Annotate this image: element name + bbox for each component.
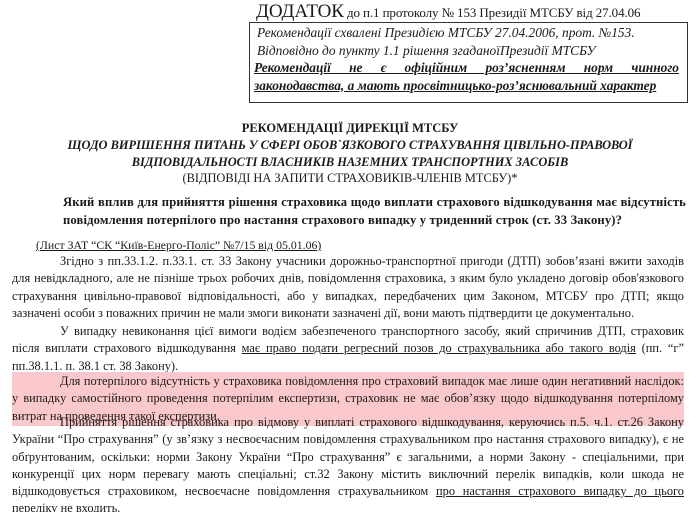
document-subtitle-line3: (ВІДПОВІДІ НА ЗАПИТИ СТРАХОВИКІВ-ЧЛЕНІВ … [0, 171, 700, 186]
question-text: Який вплив для прийняття рішення страхов… [63, 194, 686, 229]
addendum-protocol-ref: до п.1 протоколу № 153 Президії МТСБУ ві… [344, 5, 641, 20]
paragraph-regress-right: У випадку невиконання цієї вимоги водієм… [12, 323, 684, 375]
addendum-word: ДОДАТОК [256, 1, 344, 22]
decision-reference-line: Відповідно до пункту 1.1 рішення згадано… [257, 42, 679, 60]
source-letter-reference: (Лист ЗАТ “СК “Київ-Енерго-Поліс” №7/15 … [36, 238, 321, 253]
addendum-header: ДОДАТОК до п.1 протоколу № 153 Президії … [256, 1, 640, 23]
paragraph-law-requirement: Згідно з пп.33.1.2. п.33.1. ст. 33 Закон… [12, 253, 684, 322]
approval-line: Рекомендації схвалені Президією МТСБУ 27… [257, 24, 679, 42]
paragraph-refusal-unfounded: Прийняття рішення страховика про відмову… [12, 414, 684, 512]
document-subtitle-line1: ЩОДО ВИРІШЕННЯ ПИТАНЬ У СФЕРІ ОБОВ`ЯЗКОВ… [0, 138, 700, 153]
recommendation-approval-box: Рекомендації схвалені Президією МТСБУ 27… [249, 22, 688, 103]
underlined-text: має право подати регресний позов до стра… [242, 341, 636, 355]
paragraph-text: Згідно з пп.33.1.2. п.33.1. ст. 33 Закон… [12, 254, 684, 320]
document-subtitle-line2: ВІДПОВІДАЛЬНОСТІ ВЛАСНИКІВ НАЗЕМНИХ ТРАН… [0, 155, 700, 170]
document-title: РЕКОМЕНДАЦІЇ ДИРЕКЦІЇ МТСБУ [0, 121, 700, 136]
disclaimer-text: Рекомендації не є офіційним роз’ясненням… [254, 59, 679, 94]
